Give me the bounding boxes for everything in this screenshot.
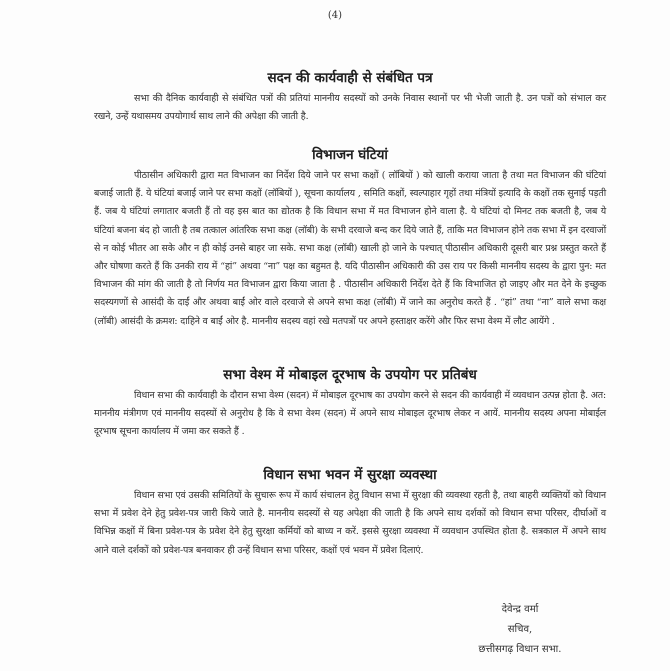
section-division-bells: विभाजन घंटियां पीठासीन अधिकारी द्वारा मत…: [94, 145, 606, 331]
section-heading: सभा वेश्म में मोबाइल दूरभाष के उपयोग पर …: [94, 365, 606, 383]
signature-block: देवेन्द्र वर्मा सचिव, छत्तीसगढ़ विधान सभ…: [450, 600, 590, 660]
section-paragraph: सभा की दैनिक कार्यवाही से संबंधित पत्रों…: [94, 90, 606, 126]
page-number: (4): [0, 10, 670, 21]
signatory-designation: सचिव,: [450, 620, 590, 640]
section-heading: सदन की कार्यवाही से संबंधित पत्र: [94, 68, 606, 86]
document-page: (4) सदन की कार्यवाही से संबंधित पत्र सभा…: [0, 0, 670, 671]
section-heading: विधान सभा भवन में सुरक्षा व्यवस्था: [94, 465, 606, 483]
section-security-arrangements: विधान सभा भवन में सुरक्षा व्यवस्था विधान…: [94, 465, 606, 560]
section-house-proceedings-papers: सदन की कार्यवाही से संबंधित पत्र सभा की …: [94, 68, 606, 126]
signatory-name: देवेन्द्र वर्मा: [450, 600, 590, 620]
section-paragraph: विधान सभा की कार्यवाही के दौरान सभा वेश्…: [94, 387, 606, 442]
section-mobile-phone-ban: सभा वेश्म में मोबाइल दूरभाष के उपयोग पर …: [94, 365, 606, 442]
section-heading: विभाजन घंटियां: [94, 145, 606, 163]
signatory-organization: छत्तीसगढ़ विधान सभा.: [450, 640, 590, 660]
section-paragraph: विधान सभा एवं उसकी समितियों के सुचारू रू…: [94, 487, 606, 560]
section-paragraph: पीठासीन अधिकारी द्वारा मत विभाजन का निर्…: [94, 167, 606, 331]
